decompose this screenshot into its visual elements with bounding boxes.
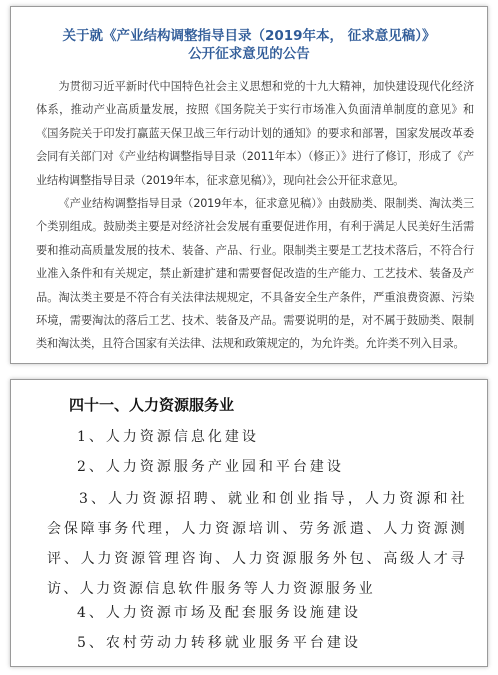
- catalog-section-panel: 四十一、人力资源服务业 1、人力资源信息化建设 2、人力资源服务产业园和平台建设…: [10, 379, 488, 667]
- notice-paragraph-2: 《产业结构调整指导目录（2019年本，征求意见稿）》由鼓励类、限制类、淘汰类三个…: [36, 192, 474, 356]
- notice-title-line1: 关于就《产业结构调整指导目录（2019年本， 征求意见稿）》: [11, 27, 487, 45]
- list-item: 1、人力资源信息化建设: [77, 426, 259, 446]
- notice-title: 关于就《产业结构调整指导目录（2019年本， 征求意见稿）》 公开征求意见的公告: [11, 27, 487, 63]
- list-item: 4、人力资源市场及配套服务设施建设: [77, 602, 361, 622]
- notice-title-line2: 公开征求意见的公告: [11, 45, 487, 63]
- section-title: 四十一、人力资源服务业: [69, 394, 234, 415]
- notice-paragraph-1: 为贯彻习近平新时代中国特色社会主义思想和党的十九大精神，加快建设现代化经济体系，…: [36, 75, 474, 192]
- list-item: 3、人力资源招聘、就业和创业指导，人力资源和社会保障事务代理，人力资源培训、劳务…: [47, 484, 467, 604]
- list-item: 5、农村劳动力转移就业服务平台建设: [77, 632, 361, 652]
- list-item: 2、人力资源服务产业园和平台建设: [77, 456, 344, 476]
- notice-panel: 关于就《产业结构调整指导目录（2019年本， 征求意见稿）》 公开征求意见的公告…: [10, 6, 488, 364]
